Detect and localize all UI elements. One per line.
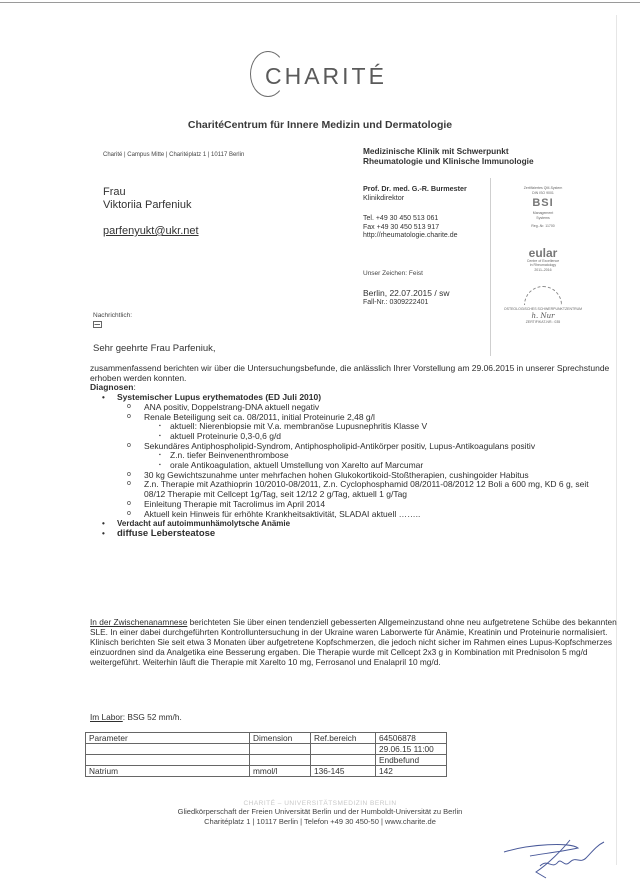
table-cell <box>250 755 311 766</box>
detail-item: Sekundäres Antiphospholipid-Syndrom, Ant… <box>117 442 610 471</box>
footer: CHARITÉ – UNIVERSITÄTSMEDIZIN BERLIN Gli… <box>0 800 640 827</box>
anamnesis-intro: In der Zwischenanamnese berichteten Sie … <box>90 617 618 637</box>
eular-logo-icon: eular <box>493 247 593 259</box>
sender-address: Charité | Campus Mitte | Charitéplatz 1 … <box>103 152 244 158</box>
header-parameter: Parameter <box>86 733 250 744</box>
table-row: 29.06.15 11:00 <box>86 744 447 755</box>
parameter-ref-range: 136-145 <box>311 766 376 777</box>
header-dimension: Dimension <box>250 733 311 744</box>
reference-sign: Unser Zeichen: Feist <box>363 270 423 277</box>
footer-faint-title: CHARITÉ – UNIVERSITÄTSMEDIZIN BERLIN <box>0 800 640 807</box>
table-cell <box>86 755 250 766</box>
qm-line-2: DIN ISO 9001 <box>493 191 593 196</box>
centrum-title: CharitéCentrum für Innere Medizin und De… <box>0 119 640 131</box>
anamnesis-paragraph: In der Zwischenanamnese berichteten Sie … <box>90 617 618 667</box>
lab-text: : BSG 52 mm/h. <box>123 712 182 722</box>
table-cell <box>250 744 311 755</box>
cc-label: Nachrichtlich: <box>93 312 132 319</box>
aps-subdetails: Z.n. tiefer Beinvenenthrombose orale Ant… <box>144 451 610 470</box>
website-link[interactable]: http://rheumatologie.charite.de <box>363 232 458 241</box>
sle-details: ANA positiv, Doppelstrang-DNA aktuell ne… <box>117 403 610 519</box>
recipient-block: Frau Viktoriia Parfeniuk <box>103 186 191 212</box>
footer-line-1: Gliedkörperschaft der Freien Universität… <box>0 807 640 817</box>
osteo-label: OSTEOLOGISCHES SCHWERPUNKTZENTRUM <box>493 307 593 312</box>
detail-item: Renale Beteiligung seit ca. 08/2011, ini… <box>117 413 610 442</box>
contact-block: Tel. +49 30 450 513 061 Fax +49 30 450 5… <box>363 215 458 241</box>
clinical-text: Klinisch berichten Sie seit etwa 3 Monat… <box>90 637 618 667</box>
badge-divider <box>490 178 491 356</box>
logo-text: CHARITÉ <box>265 63 387 90</box>
scan-edge-top <box>0 2 640 3</box>
detail-item: Z.n. Therapie mit Azathioprin 10/2010-08… <box>117 480 610 499</box>
diagnosis-item: diffuse Lebersteatose <box>90 529 610 539</box>
fax: Fax +49 30 450 513 917 <box>363 224 458 233</box>
renal-subdetails: aktuell: Nierenbiopsie mit V.a. membranö… <box>144 422 610 441</box>
director-name: Prof. Dr. med. G.-R. Burmester <box>363 184 467 193</box>
sample-datetime: 29.06.15 11:00 <box>376 744 447 755</box>
osteo-cert: ZERTIFIKAT-NR.: 035 <box>493 320 593 325</box>
bsi-reg: Reg.-Nr. 11700 <box>493 224 593 229</box>
osteo-logo-icon <box>524 286 562 305</box>
clinic-name: Medizinische Klinik mit Schwerpunkt Rheu… <box>363 146 534 166</box>
handwritten-signature-icon <box>500 838 610 880</box>
intro-paragraph: zusammenfassend berichten wir über die U… <box>90 364 610 383</box>
table-header-row: Parameter Dimension Ref.bereich 64506878 <box>86 733 447 744</box>
letter-body: zusammenfassend berichten wir über die U… <box>90 364 610 539</box>
renal-detail: Renale Beteiligung seit ca. 08/2011, ini… <box>144 412 375 422</box>
table-row: Endbefund <box>86 755 447 766</box>
director-block: Prof. Dr. med. G.-R. Burmester Klinikdir… <box>363 184 467 202</box>
letter-salutation: Sehr geehrte Frau Parfeniuk, <box>93 343 216 354</box>
recipient-salutation: Frau <box>103 186 191 199</box>
header-order-id: 64506878 <box>376 733 447 744</box>
anamnesis-label: In der Zwischenanamnese <box>90 617 187 627</box>
scan-edge-right <box>616 15 617 865</box>
phone: Tel. +49 30 450 513 061 <box>363 215 458 224</box>
clinic-line-1: Medizinische Klinik mit Schwerpunkt <box>363 146 534 156</box>
case-number: Fall-Nr.: 0309222401 <box>363 299 428 306</box>
bsi-sub-2: Systems <box>493 216 593 221</box>
parameter-unit: mmol/l <box>250 766 311 777</box>
header-ref-range: Ref.bereich <box>311 733 376 744</box>
envelope-icon <box>93 321 102 328</box>
letter-date: Berlin, 22.07.2015 / sw <box>363 289 449 298</box>
lab-summary: Im Labor: BSG 52 mm/h. <box>90 712 182 722</box>
clinic-line-2: Rheumatologie und Klinische Immunologie <box>363 156 534 166</box>
diagnosis-sle: Systemischer Lupus erythematodes (ED Jul… <box>117 392 321 402</box>
recipient-email-link[interactable]: parfenyukt@ukr.net <box>103 225 199 237</box>
table-cell <box>86 744 250 755</box>
director-title: Klinikdirektor <box>363 193 467 202</box>
result-status: Endbefund <box>376 755 447 766</box>
certification-badges: Zertifiziertes QM-System DIN ISO 9001 BS… <box>493 186 593 324</box>
eular-line-3: 2011–2016 <box>493 268 593 273</box>
osteo-signature: h. Nur <box>493 312 593 320</box>
lab-table: Parameter Dimension Ref.bereich 64506878… <box>85 732 447 777</box>
bsi-logo-icon: BSI <box>493 197 593 209</box>
charite-logo: CHARITÉ <box>250 45 390 105</box>
diagnoses-list: Systemischer Lupus erythematodes (ED Jul… <box>90 393 610 539</box>
diagnosis-item: Systemischer Lupus erythematodes (ED Jul… <box>90 393 610 519</box>
parameter-name: Natrium <box>86 766 250 777</box>
table-cell <box>311 744 376 755</box>
aps-detail: Sekundäres Antiphospholipid-Syndrom, Ant… <box>144 441 535 451</box>
recipient-name: Viktoriia Parfeniuk <box>103 199 191 212</box>
lab-label: Im Labor <box>90 712 123 722</box>
footer-line-2: Charitéplatz 1 | 10117 Berlin | Telefon … <box>0 817 640 827</box>
table-row: Natrium mmol/l 136-145 142 <box>86 766 447 777</box>
diagnoses-label: Diagnosen <box>90 382 133 392</box>
detail-item: Aktuell kein Hinweis für erhöhte Krankhe… <box>117 510 610 520</box>
parameter-value: 142 <box>376 766 447 777</box>
table-cell <box>311 755 376 766</box>
